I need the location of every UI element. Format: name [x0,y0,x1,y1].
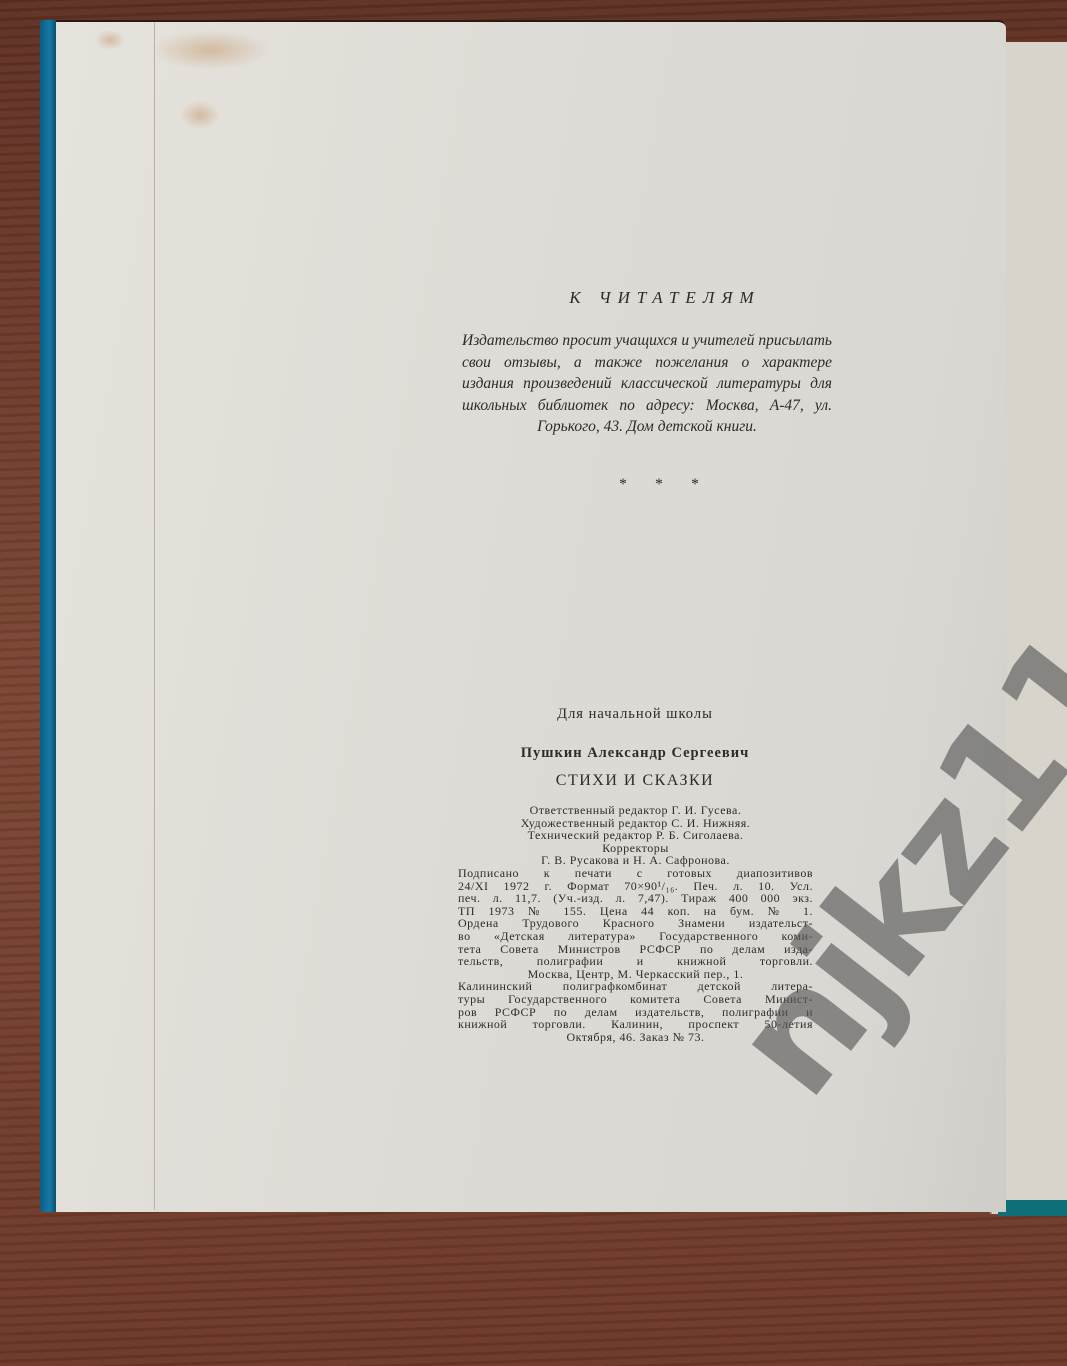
notice-text: Издательство просит учащихся и учителей … [462,330,832,438]
stain [95,30,125,50]
stain [180,100,220,130]
credit-line: печ. л. 11,7. (Уч.-изд. л. 7,47). Тираж … [458,892,813,905]
readers-notice: К ЧИТАТЕЛЯМ Издательство просит учащихся… [440,280,860,494]
notice-heading: К ЧИТАТЕЛЯМ [470,288,860,308]
credit-line: во «Детская литература» Государственного… [458,930,813,943]
back-cover-edge [998,1200,1067,1216]
school-level: Для начальной школы [450,706,820,723]
book-title: СТИХИ И СКАЗКИ [450,772,820,790]
credit-line: Ответственный редактор Г. И. Гусева. [458,804,813,817]
section-separator: * * * [470,476,860,494]
stain [150,30,270,70]
book-spine [40,20,56,1212]
page-fold-line [154,22,155,1210]
credit-line: Подписано к печати с готовых диапозитиво… [458,867,813,880]
credit-line: Технический редактор Р. Б. Сиголаева. [458,829,813,842]
book-author: Пушкин Александр Сергеевич [450,745,820,762]
